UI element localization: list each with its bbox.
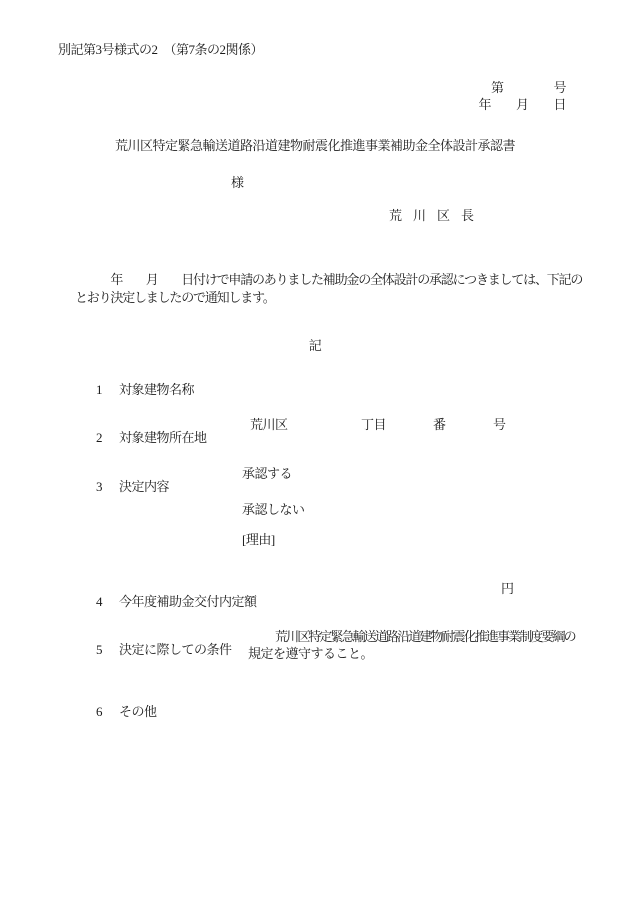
- item-2-number: 2: [96, 431, 119, 444]
- addressee-suffix: 様: [231, 176, 244, 189]
- item-4-label: 今年度補助金交付内定額: [119, 594, 257, 609]
- item-3-label: 決定内容: [119, 479, 169, 494]
- item-4-row: 4今年度補助金交付内定額: [85, 582, 257, 621]
- item-6-number: 6: [96, 705, 119, 718]
- item-1-number: 1: [96, 383, 119, 396]
- document-number-line: 第 号: [0, 81, 566, 94]
- item-5-label: 決定に際しての条件: [119, 642, 232, 657]
- document-title: 荒川区特定緊急輸送道路沿道建物耐震化推進事業補助金全体設計承認書: [0, 139, 630, 152]
- item-5-condition-line-2: 規定を遵守すること。: [248, 647, 373, 660]
- item-2-chome-label: 丁目: [361, 418, 386, 431]
- item-3-option-approve: 承認する: [242, 467, 292, 480]
- item-5-condition-line-1: 荒川区特定緊急輸送道路沿道建物耐震化推進事業制度要綱の: [275, 630, 575, 643]
- item-4-unit-label: 円: [501, 582, 514, 595]
- document-page: 別記第3号様式の2 （第7条の2関係） 第 号 年 月 日 荒川区特定緊急輸送道…: [0, 0, 630, 903]
- item-3-option-reject: 承認しない: [242, 503, 305, 516]
- item-2-label: 対象建物所在地: [119, 430, 207, 445]
- item-3-reason-label: [理由]: [242, 533, 275, 546]
- item-6-label: その他: [119, 704, 157, 719]
- item-6-row: 6その他: [85, 692, 157, 731]
- item-1-label: 対象建物名称: [119, 382, 194, 397]
- item-3-number: 3: [96, 480, 119, 493]
- item-4-number: 4: [96, 595, 119, 608]
- item-1-row: 1対象建物名称: [85, 370, 194, 409]
- item-5-row: 5決定に際しての条件: [85, 630, 232, 669]
- item-2-row: 2対象建物所在地: [85, 418, 207, 457]
- item-2-ward-text: 荒川区: [250, 418, 288, 431]
- item-3-row: 3決定内容: [85, 467, 169, 506]
- item-5-number: 5: [96, 643, 119, 656]
- document-date-line: 年 月 日: [0, 98, 566, 111]
- body-text-line-1: 年 月 日付けで申請のありました補助金の全体設計の承認につきましては、下記の: [75, 273, 582, 286]
- form-reference: 別記第3号様式の2 （第7条の2関係）: [58, 43, 263, 56]
- issuer-name: 荒 川 区 長: [389, 209, 473, 222]
- body-text-line-2: とおり決定しましたので通知します。: [75, 291, 275, 304]
- item-2-go-label: 号: [493, 418, 506, 431]
- item-2-ban-label: 番: [433, 418, 446, 431]
- record-marker: 記: [0, 339, 630, 352]
